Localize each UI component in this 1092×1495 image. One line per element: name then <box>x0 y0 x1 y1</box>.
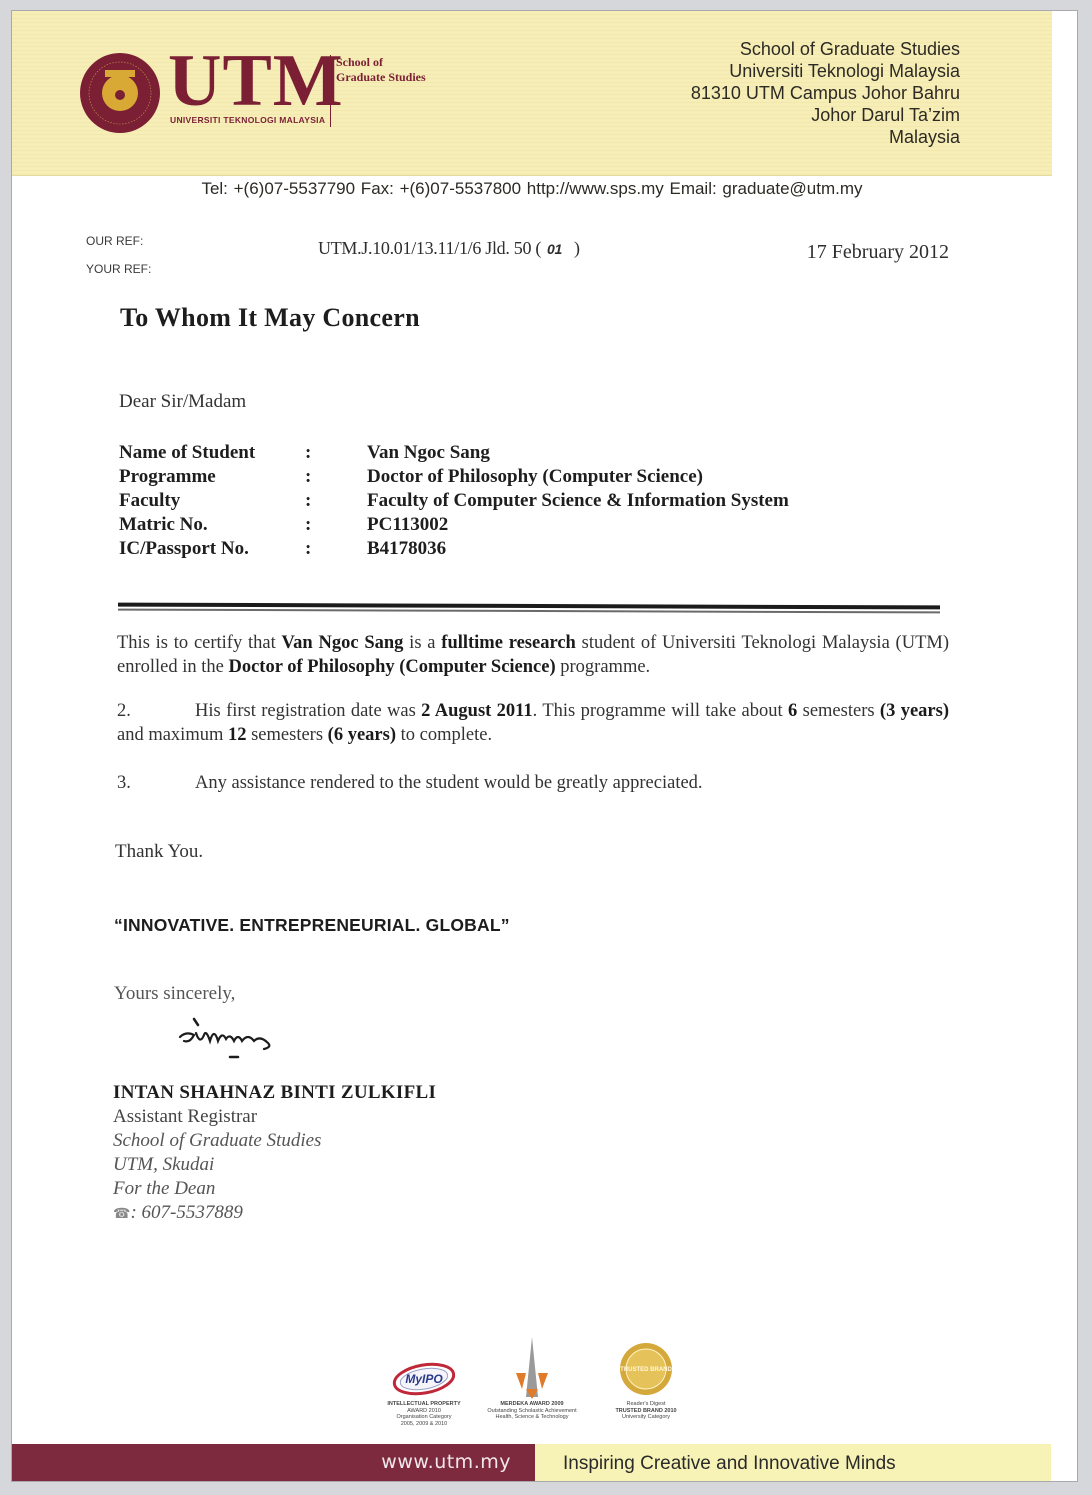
our-ref-close: ) <box>574 238 580 258</box>
detail-colon: : <box>305 465 367 489</box>
detail-value: Faculty of Computer Science & Informatio… <box>367 489 789 513</box>
signer-campus: UTM, Skudai <box>113 1153 436 1177</box>
detail-colon: : <box>305 441 367 465</box>
award-caption: University Category <box>594 1414 698 1421</box>
detail-row: IC/Passport No. : B4178036 <box>119 537 789 561</box>
logo-school-line2: Graduate Studies <box>336 70 426 85</box>
logo-divider <box>330 55 331 127</box>
detail-colon: : <box>305 537 367 561</box>
award-merdeka: MERDEKA AWARD 2009 Outstanding Scholasti… <box>480 1333 584 1421</box>
address-line: School of Graduate Studies <box>691 38 960 60</box>
logo-school-name: School of Graduate Studies <box>336 55 426 85</box>
contact-line: Tel: +(6)07-5537790 Fax: +(6)07-5537800 … <box>12 179 1052 199</box>
myipo-logo-icon: MyIPO <box>372 1333 476 1401</box>
merdeka-award-icon <box>480 1333 584 1401</box>
detail-value: Van Ngoc Sang <box>367 441 789 465</box>
telephone-icon: ☎ <box>113 1207 130 1222</box>
detail-row: Name of Student : Van Ngoc Sang <box>119 441 789 465</box>
detail-value: Doctor of Philosophy (Computer Science) <box>367 465 789 489</box>
award-caption: Health, Science & Technology <box>480 1414 584 1421</box>
award-caption: 2005, 2009 & 2010 <box>372 1421 476 1428</box>
handwritten-signature-icon <box>172 1011 312 1061</box>
detail-label: Faculty <box>119 489 305 513</box>
logo-school-line1: School of <box>336 55 426 70</box>
letter-date: 17 February 2012 <box>807 241 949 264</box>
signer-name: INTAN SHAHNAZ BINTI ZULKIFLI <box>113 1081 436 1105</box>
student-details-table: Name of Student : Van Ngoc Sang Programm… <box>119 441 789 561</box>
university-motto: “INNOVATIVE. ENTREPRENEURIAL. GLOBAL” <box>114 915 510 936</box>
salutation: Dear Sir/Madam <box>119 391 246 413</box>
award-caption: INTELLECTUAL PROPERTY <box>372 1401 476 1408</box>
footer-url-band: www.utm.my <box>12 1444 535 1482</box>
utm-full-name: UNIVERSITI TEKNOLOGI MALAYSIA <box>170 115 325 125</box>
detail-row: Faculty : Faculty of Computer Science & … <box>119 489 789 513</box>
trusted-brand-seal-icon: TRUSTED BRAND <box>594 1333 698 1401</box>
paragraph-number: 3. <box>117 771 195 795</box>
awards-row: MyIPO INTELLECTUAL PROPERTY AWARD 2010 O… <box>372 1333 692 1439</box>
utm-wordmark: UTM <box>168 41 344 121</box>
detail-value: B4178036 <box>367 537 789 561</box>
address-line: 81310 UTM Campus Johor Bahru <box>691 82 960 104</box>
letterhead-band: UTM UNIVERSITI TEKNOLOGI MALAYSIA School… <box>12 11 1052 176</box>
footer-url[interactable]: www.utm.my <box>381 1451 511 1473</box>
utm-seal-logo-icon <box>80 53 160 133</box>
address-line: Universiti Teknologi Malaysia <box>691 60 960 82</box>
signer-phone: ☎: 607-5537889 <box>113 1201 436 1227</box>
detail-value: PC113002 <box>367 513 789 537</box>
letter-page: UTM UNIVERSITI TEKNOLOGI MALAYSIA School… <box>11 10 1078 1482</box>
detail-colon: : <box>305 489 367 513</box>
divider-thin <box>118 609 940 614</box>
our-ref-label: OUR REF: <box>86 234 143 248</box>
detail-label: Name of Student <box>119 441 305 465</box>
svg-text:TRUSTED BRAND: TRUSTED BRAND <box>620 1367 672 1373</box>
svg-text:MyIPO: MyIPO <box>405 1372 443 1386</box>
letter-title: To Whom It May Concern <box>120 303 420 333</box>
detail-label: Matric No. <box>119 513 305 537</box>
signer-phone-number: : 607-5537889 <box>130 1202 242 1223</box>
address-line: Johor Darul Ta’zim <box>691 104 960 126</box>
your-ref-label: YOUR REF: <box>86 262 151 276</box>
our-ref-value: UTM.J.10.01/13.11/1/6 Jld. 50 (01) <box>318 238 580 259</box>
detail-row: Programme : Doctor of Philosophy (Comput… <box>119 465 789 489</box>
our-ref-handwritten: 01 <box>547 241 562 257</box>
award-trusted-brand: TRUSTED BRAND Reader's Digest TRUSTED BR… <box>594 1333 698 1421</box>
award-myipo: MyIPO INTELLECTUAL PROPERTY AWARD 2010 O… <box>372 1333 476 1427</box>
detail-label: IC/Passport No. <box>119 537 305 561</box>
detail-label: Programme <box>119 465 305 489</box>
paragraph-1: This is to certify that Van Ngoc Sang is… <box>117 631 949 679</box>
address-line: Malaysia <box>691 126 960 148</box>
detail-colon: : <box>305 513 367 537</box>
footer-tagline-band: Inspiring Creative and Innovative Minds <box>535 1444 1051 1482</box>
paragraph-2: 2.His first registration date was 2 Augu… <box>117 699 949 747</box>
signer-block: INTAN SHAHNAZ BINTI ZULKIFLI Assistant R… <box>113 1081 436 1227</box>
signer-position: Assistant Registrar <box>113 1105 436 1129</box>
our-ref-number: UTM.J.10.01/13.11/1/6 Jld. 50 ( <box>318 238 541 258</box>
footer-tagline: Inspiring Creative and Innovative Minds <box>563 1453 896 1475</box>
paragraph-3: 3.Any assistance rendered to the student… <box>117 771 949 795</box>
thanks-line: Thank You. <box>115 841 203 863</box>
detail-row: Matric No. : PC113002 <box>119 513 789 537</box>
signer-department: School of Graduate Studies <box>113 1129 436 1153</box>
closing-line: Yours sincerely, <box>114 983 235 1005</box>
signer-on-behalf: For the Dean <box>113 1177 436 1201</box>
paragraph-number: 2. <box>117 699 195 723</box>
address-block: School of Graduate Studies Universiti Te… <box>691 38 960 148</box>
